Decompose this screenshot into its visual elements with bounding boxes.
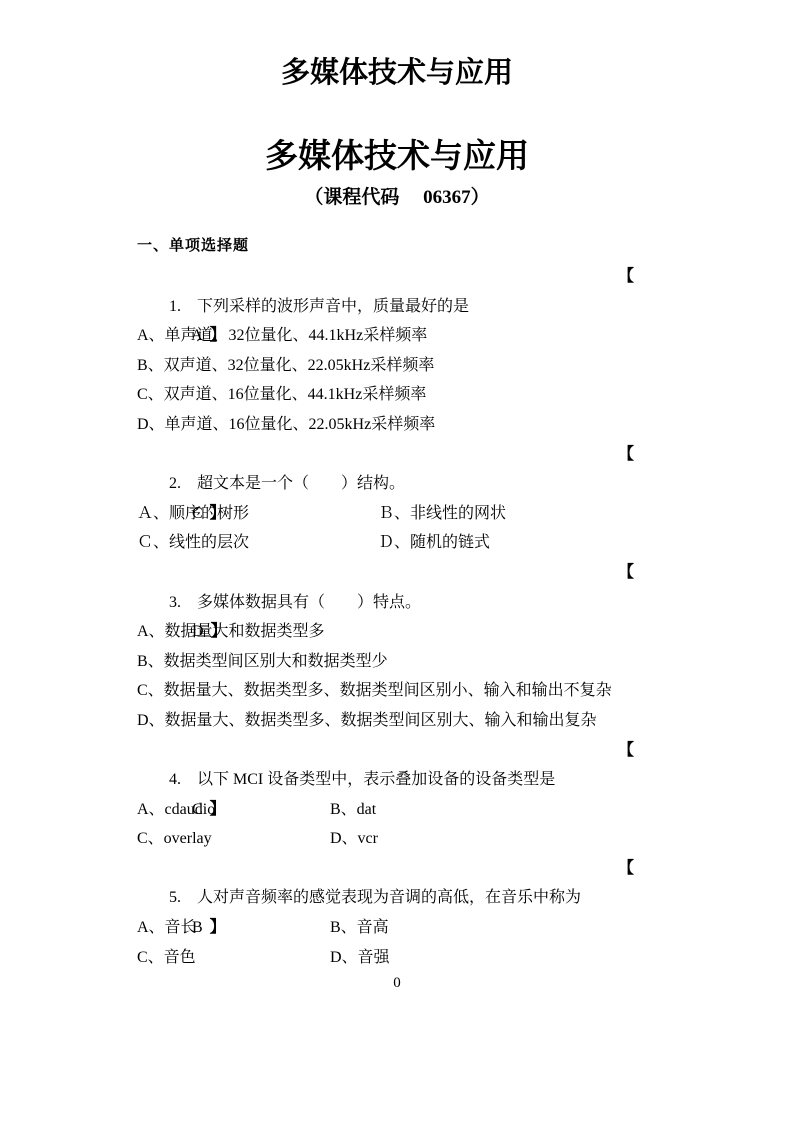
answer-bracket-open: 【 bbox=[618, 440, 634, 470]
question-stem: 以下 MCI 设备类型中，表示叠加设备的设备类型是 bbox=[197, 771, 555, 788]
course-code: （课程代码 06367） bbox=[0, 186, 794, 210]
question-4-stem-line: 4.以下 MCI 设备类型中，表示叠加设备的设备类型是 【 bbox=[137, 736, 657, 766]
option-c: C、数据量大、数据类型多、数据类型间区别小、输入和输出不复杂 bbox=[137, 676, 657, 706]
option-row-1: A、cdaudio B、dat bbox=[137, 795, 657, 825]
section-heading: 一、单项选择题 bbox=[137, 236, 657, 256]
question-4: 4.以下 MCI 设备类型中，表示叠加设备的设备类型是 【 C】 A、cdaud… bbox=[137, 736, 657, 854]
option-c: C、音色 bbox=[137, 943, 330, 973]
document-title-top: 多媒体技术与应用 bbox=[0, 0, 794, 91]
question-number: 3. bbox=[169, 588, 197, 618]
option-row-2: C、overlay D、vcr bbox=[137, 824, 657, 854]
option-d: D、音强 bbox=[330, 943, 390, 973]
question-5-stem-line: 5.人对声音频率的感觉表现为音调的高低，在音乐中称为 【 bbox=[137, 854, 657, 884]
option-c: C、双声道、16位量化、44.1kHz采样频率 bbox=[137, 380, 657, 410]
option-d: D、单声道、16位量化、22.05kHz采样频率 bbox=[137, 410, 657, 440]
question-number: 5. bbox=[169, 883, 197, 913]
option-b: B、数据类型间区别大和数据类型少 bbox=[137, 647, 657, 677]
option-c: C、overlay bbox=[137, 824, 330, 854]
answer-bracket-open: 【 bbox=[618, 262, 634, 292]
option-d: D、数据量大、数据类型多、数据类型间区别大、输入和输出复杂 bbox=[137, 706, 657, 736]
option-b: B、dat bbox=[330, 795, 376, 825]
option-row-2: C、音色 D、音强 bbox=[137, 943, 657, 973]
question-5: 5.人对声音频率的感觉表现为音调的高低，在音乐中称为 【 B】 A、音长 B、音… bbox=[137, 854, 657, 972]
option-a: Ａ、顺序的树形 bbox=[137, 499, 378, 529]
document-title-main: 多媒体技术与应用 bbox=[0, 137, 794, 177]
question-number: 2. bbox=[169, 469, 197, 499]
option-row-1: Ａ、顺序的树形 Ｂ、非线性的网状 bbox=[137, 499, 657, 529]
question-3: 3.多媒体数据具有（ ）特点。 【 D】 A、数据量大和数据类型多 B、数据类型… bbox=[137, 558, 657, 736]
question-stem: 人对声音频率的感觉表现为音调的高低，在音乐中称为 bbox=[197, 889, 581, 906]
answer-bracket-open: 【 bbox=[618, 854, 634, 884]
option-a: A、数据量大和数据类型多 bbox=[137, 617, 657, 647]
option-b: B、双声道、32位量化、22.05kHz采样频率 bbox=[137, 351, 657, 381]
question-number: 4. bbox=[169, 765, 197, 795]
question-2: 2.超文本是一个（ ）结构。 【 C】 Ａ、顺序的树形 Ｂ、非线性的网状 Ｃ、线… bbox=[137, 440, 657, 558]
answer-bracket-open: 【 bbox=[618, 736, 634, 766]
option-row-1: A、音长 B、音高 bbox=[137, 913, 657, 943]
option-row-2: Ｃ、线性的层次 Ｄ、随机的链式 bbox=[137, 528, 657, 558]
option-b: Ｂ、非线性的网状 bbox=[378, 499, 506, 529]
option-d: D、vcr bbox=[330, 824, 378, 854]
question-number: 1. bbox=[169, 292, 197, 322]
question-1-stem-line: 1.下列采样的波形声音中，质量最好的是 【 bbox=[137, 262, 657, 292]
question-stem: 超文本是一个（ ）结构。 bbox=[197, 475, 405, 492]
document-page: 多媒体技术与应用 多媒体技术与应用 （课程代码 06367） 一、单项选择题 1… bbox=[0, 0, 794, 1123]
option-a: A、单声道、32位量化、44.1kHz采样频率 bbox=[137, 321, 657, 351]
option-c: Ｃ、线性的层次 bbox=[137, 528, 378, 558]
question-1: 1.下列采样的波形声音中，质量最好的是 【 A】 A、单声道、32位量化、44.… bbox=[137, 262, 657, 440]
page-number: 0 bbox=[0, 973, 794, 993]
question-3-stem-line: 3.多媒体数据具有（ ）特点。 【 bbox=[137, 558, 657, 588]
question-2-stem-line: 2.超文本是一个（ ）结构。 【 bbox=[137, 440, 657, 470]
question-stem: 多媒体数据具有（ ）特点。 bbox=[197, 594, 421, 611]
option-b: B、音高 bbox=[330, 913, 389, 943]
exam-content: 一、单项选择题 1.下列采样的波形声音中，质量最好的是 【 A】 A、单声道、3… bbox=[137, 236, 657, 972]
option-d: Ｄ、随机的链式 bbox=[378, 528, 490, 558]
question-stem: 下列采样的波形声音中，质量最好的是 bbox=[197, 298, 469, 315]
answer-bracket-open: 【 bbox=[618, 558, 634, 588]
